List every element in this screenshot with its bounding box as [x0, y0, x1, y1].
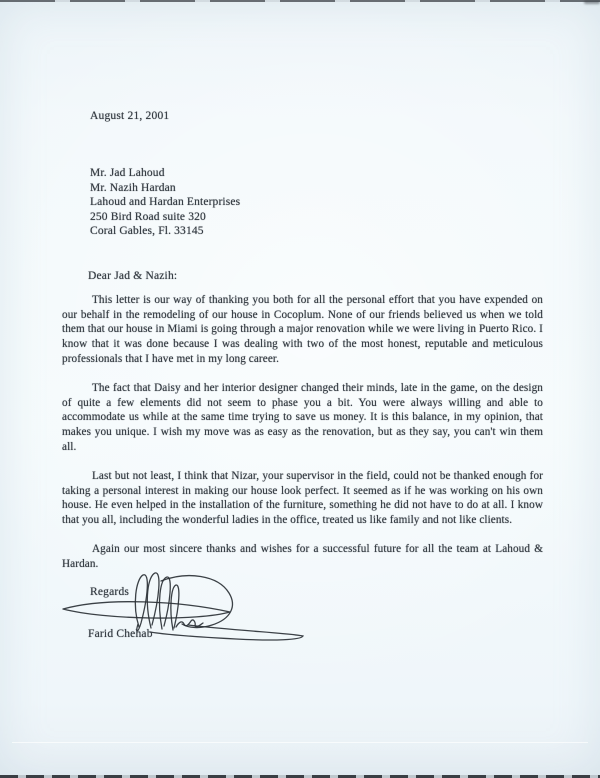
letter-body: This letter is our way of thanking you b…	[62, 293, 543, 586]
recipient-name-1: Mr. Jad Lahoud	[90, 166, 240, 181]
scan-line-artifact	[12, 742, 588, 743]
recipient-name-2: Mr. Nazih Hardan	[90, 181, 240, 196]
letter-date: August 21, 2001	[90, 110, 169, 122]
scan-edge-artifact-top	[0, 0, 600, 2]
handwritten-signature-icon	[40, 565, 320, 650]
scan-smudge-artifact	[584, 0, 600, 4]
recipient-city-state-zip: Coral Gables, Fl. 33145	[90, 224, 240, 239]
letter-paragraph: The fact that Daisy and her interior des…	[62, 381, 543, 455]
scanned-letter-page: August 21, 2001 Mr. Jad Lahoud Mr. Nazih…	[0, 0, 600, 778]
signer-name: Farid Chehab	[88, 628, 153, 640]
salutation: Dear Jad & Nazih:	[88, 270, 177, 282]
recipient-street: 250 Bird Road suite 320	[90, 210, 240, 225]
letter-paragraph: Last but not least, I think that Nizar, …	[62, 469, 543, 528]
recipient-address-block: Mr. Jad Lahoud Mr. Nazih Hardan Lahoud a…	[90, 166, 240, 239]
letter-paragraph: This letter is our way of thanking you b…	[62, 293, 543, 367]
recipient-company: Lahoud and Hardan Enterprises	[90, 195, 240, 210]
